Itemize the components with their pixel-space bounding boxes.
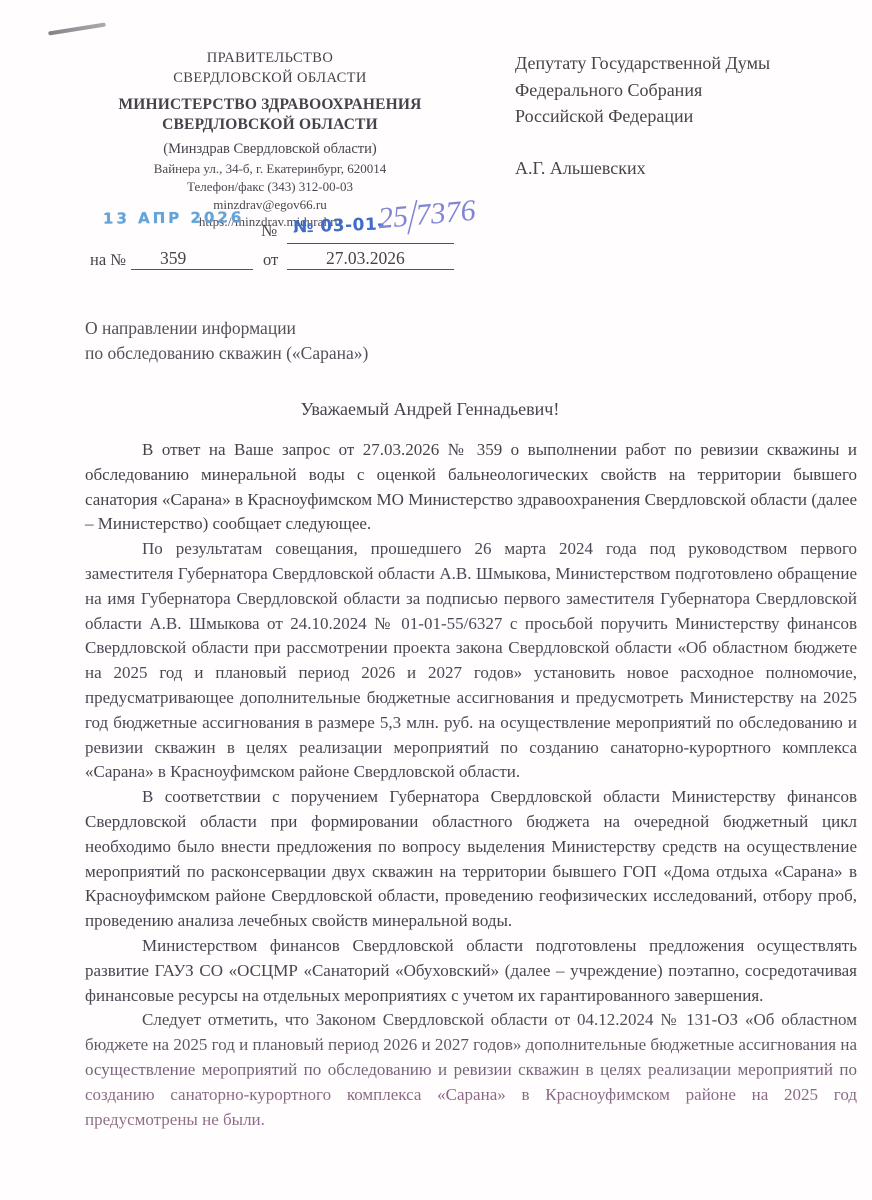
reply-to-number: 359 (160, 248, 186, 269)
ministry-short-name: (Минздрав Свердловской области) (60, 140, 480, 159)
subject-block: О направлении информации по обследованию… (85, 316, 368, 366)
recipient-name: А.Г. Альшевских (515, 155, 845, 182)
reply-date-underline (287, 269, 454, 270)
outgoing-number-stamped: № 03-01- (293, 214, 385, 237)
handwritten-number-part2: 7376 (414, 194, 477, 232)
handwritten-number-part1: 25 (377, 200, 410, 235)
outgoing-number-label: № (261, 221, 277, 241)
body-paragraph-4: Министерством финансов Свердловской обла… (85, 934, 857, 1008)
scanned-letter-page: ПРАВИТЕЛЬСТВО СВЕРДЛОВСКОЙ ОБЛАСТИ МИНИС… (0, 0, 872, 1200)
salutation: Уважаемый Андрей Геннадьевич! (85, 399, 775, 420)
handwritten-slash: / (407, 188, 417, 249)
letter-body: В ответ на Ваше запрос от 27.03.2026 № 3… (85, 438, 857, 1132)
subject-line-1: О направлении информации (85, 316, 368, 341)
incoming-date-stamp: 13 АПР 2026 (103, 208, 244, 227)
recipient-line-1: Депутату Государственной Думы (515, 50, 845, 77)
body-paragraph-3: В соответствии с поручением Губернатора … (85, 785, 857, 934)
government-line-2: СВЕРДЛОВСКОЙ ОБЛАСТИ (60, 68, 480, 88)
body-paragraph-2: По результатам совещания, прошедшего 26 … (85, 537, 857, 785)
recipient-line-3: Российской Федерации (515, 103, 845, 130)
scan-pen-mark (48, 22, 106, 35)
body-paragraph-5: Следует отметить, что Законом Свердловск… (85, 1008, 857, 1132)
government-line-1: ПРАВИТЕЛЬСТВО (60, 48, 480, 68)
number-underline (287, 243, 454, 244)
ministry-name-line-2: СВЕРДЛОВСКОЙ ОБЛАСТИ (60, 115, 480, 135)
recipient-line-2: Федерального Собрания (515, 77, 845, 104)
ministry-phone: Телефон/факс (343) 312-00-03 (60, 179, 480, 195)
reply-date-label: от (263, 250, 278, 270)
body-paragraph-1: В ответ на Ваше запрос от 27.03.2026 № 3… (85, 438, 857, 537)
ministry-address: Вайнера ул., 34-б, г. Екатеринбург, 6200… (60, 161, 480, 177)
subject-line-2: по обследованию скважин («Сарана») (85, 341, 368, 366)
reply-to-underline (131, 269, 253, 270)
ministry-name-line-1: МИНИСТЕРСТВО ЗДРАВООХРАНЕНИЯ (60, 95, 480, 115)
reply-date-value: 27.03.2026 (326, 248, 405, 269)
recipient-block: Депутату Государственной Думы Федерально… (515, 50, 845, 181)
reply-to-label: на № (90, 250, 126, 270)
